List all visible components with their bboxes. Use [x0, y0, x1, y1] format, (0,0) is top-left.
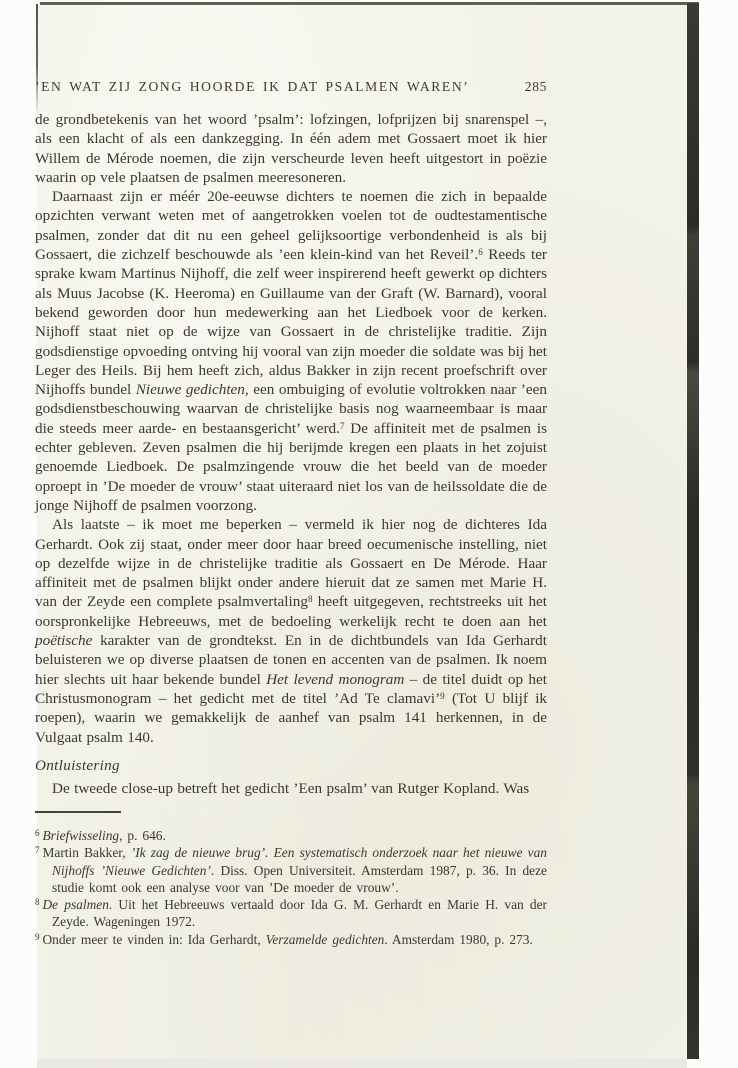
footnote-marker: 6 [35, 828, 40, 838]
section-paragraphs: De tweede close-up betreft het gedicht ’… [35, 779, 547, 798]
paragraph: De tweede close-up betreft het gedicht ’… [35, 779, 547, 798]
footnote: 9Onder meer te vinden in: Ida Gerhardt, … [35, 931, 547, 948]
page-content: ’EN WAT ZIJ ZONG HOORDE IK DAT PSALMEN W… [35, 0, 547, 1068]
italic-run: poëtische [35, 632, 92, 649]
scanned-book-page: ’EN WAT ZIJ ZONG HOORDE IK DAT PSALMEN W… [0, 0, 738, 1068]
footnote-marker: 8 [35, 897, 40, 907]
text-run: Reeds ter sprake kwam Martinus Nijhoff, … [35, 246, 547, 398]
paragraph: Daarnaast zijn er méér 20e-eeuwse dichte… [35, 187, 547, 515]
footnote-separator [35, 811, 121, 813]
text-run: de grondbetekenis van het woord ’psalm’:… [35, 111, 547, 186]
italic-run: Het levend monogram [266, 671, 404, 688]
italic-run: Nieuwe gedichten [136, 381, 245, 398]
italic-run: Verzamelde gedichten [266, 932, 385, 947]
footnote-marker: 9 [35, 932, 40, 942]
text-run: , p. 646. [119, 828, 166, 843]
paragraph: Als laatste – ik moet me beperken – verm… [35, 515, 547, 747]
text-run: Martin Bakker, [43, 845, 131, 860]
footnotes: 6Briefwisseling, p. 646.7Martin Bakker, … [35, 827, 547, 948]
text-run: Daarnaast zijn er méér 20e-eeuwse dichte… [35, 188, 547, 263]
page-number: 285 [525, 79, 547, 95]
text-run: Onder meer te vinden in: Ida Gerhardt, [43, 932, 266, 947]
running-header: ’EN WAT ZIJ ZONG HOORDE IK DAT PSALMEN W… [35, 79, 547, 95]
main-text-block: de grondbetekenis van het woord ’psalm’:… [35, 110, 547, 798]
text-run: De tweede close-up betreft het gedicht ’… [52, 780, 529, 797]
text-run: . Uit het Hebreeuws vertaald door Ida G.… [52, 897, 547, 929]
italic-run: De psalmen [43, 897, 109, 912]
footnote: 8De psalmen. Uit het Hebreeuws vertaald … [35, 896, 547, 931]
footnote-area: 6Briefwisseling, p. 646.7Martin Bakker, … [35, 811, 547, 948]
footnote: 6Briefwisseling, p. 646. [35, 827, 547, 844]
italic-run: Briefwisseling [43, 828, 120, 843]
running-header-title: ’EN WAT ZIJ ZONG HOORDE IK DAT PSALMEN W… [35, 79, 469, 95]
body-paragraphs: de grondbetekenis van het woord ’psalm’:… [35, 110, 547, 747]
footnote-marker: 7 [35, 845, 40, 855]
text-run: . Amsterdam 1980, p. 273. [384, 932, 532, 947]
scan-edge-right [687, 3, 699, 1059]
section-heading: Ontluistering [35, 756, 547, 775]
footnote: 7Martin Bakker, ’Ik zag de nieuwe brug’.… [35, 844, 547, 896]
paragraph: de grondbetekenis van het woord ’psalm’:… [35, 110, 547, 187]
